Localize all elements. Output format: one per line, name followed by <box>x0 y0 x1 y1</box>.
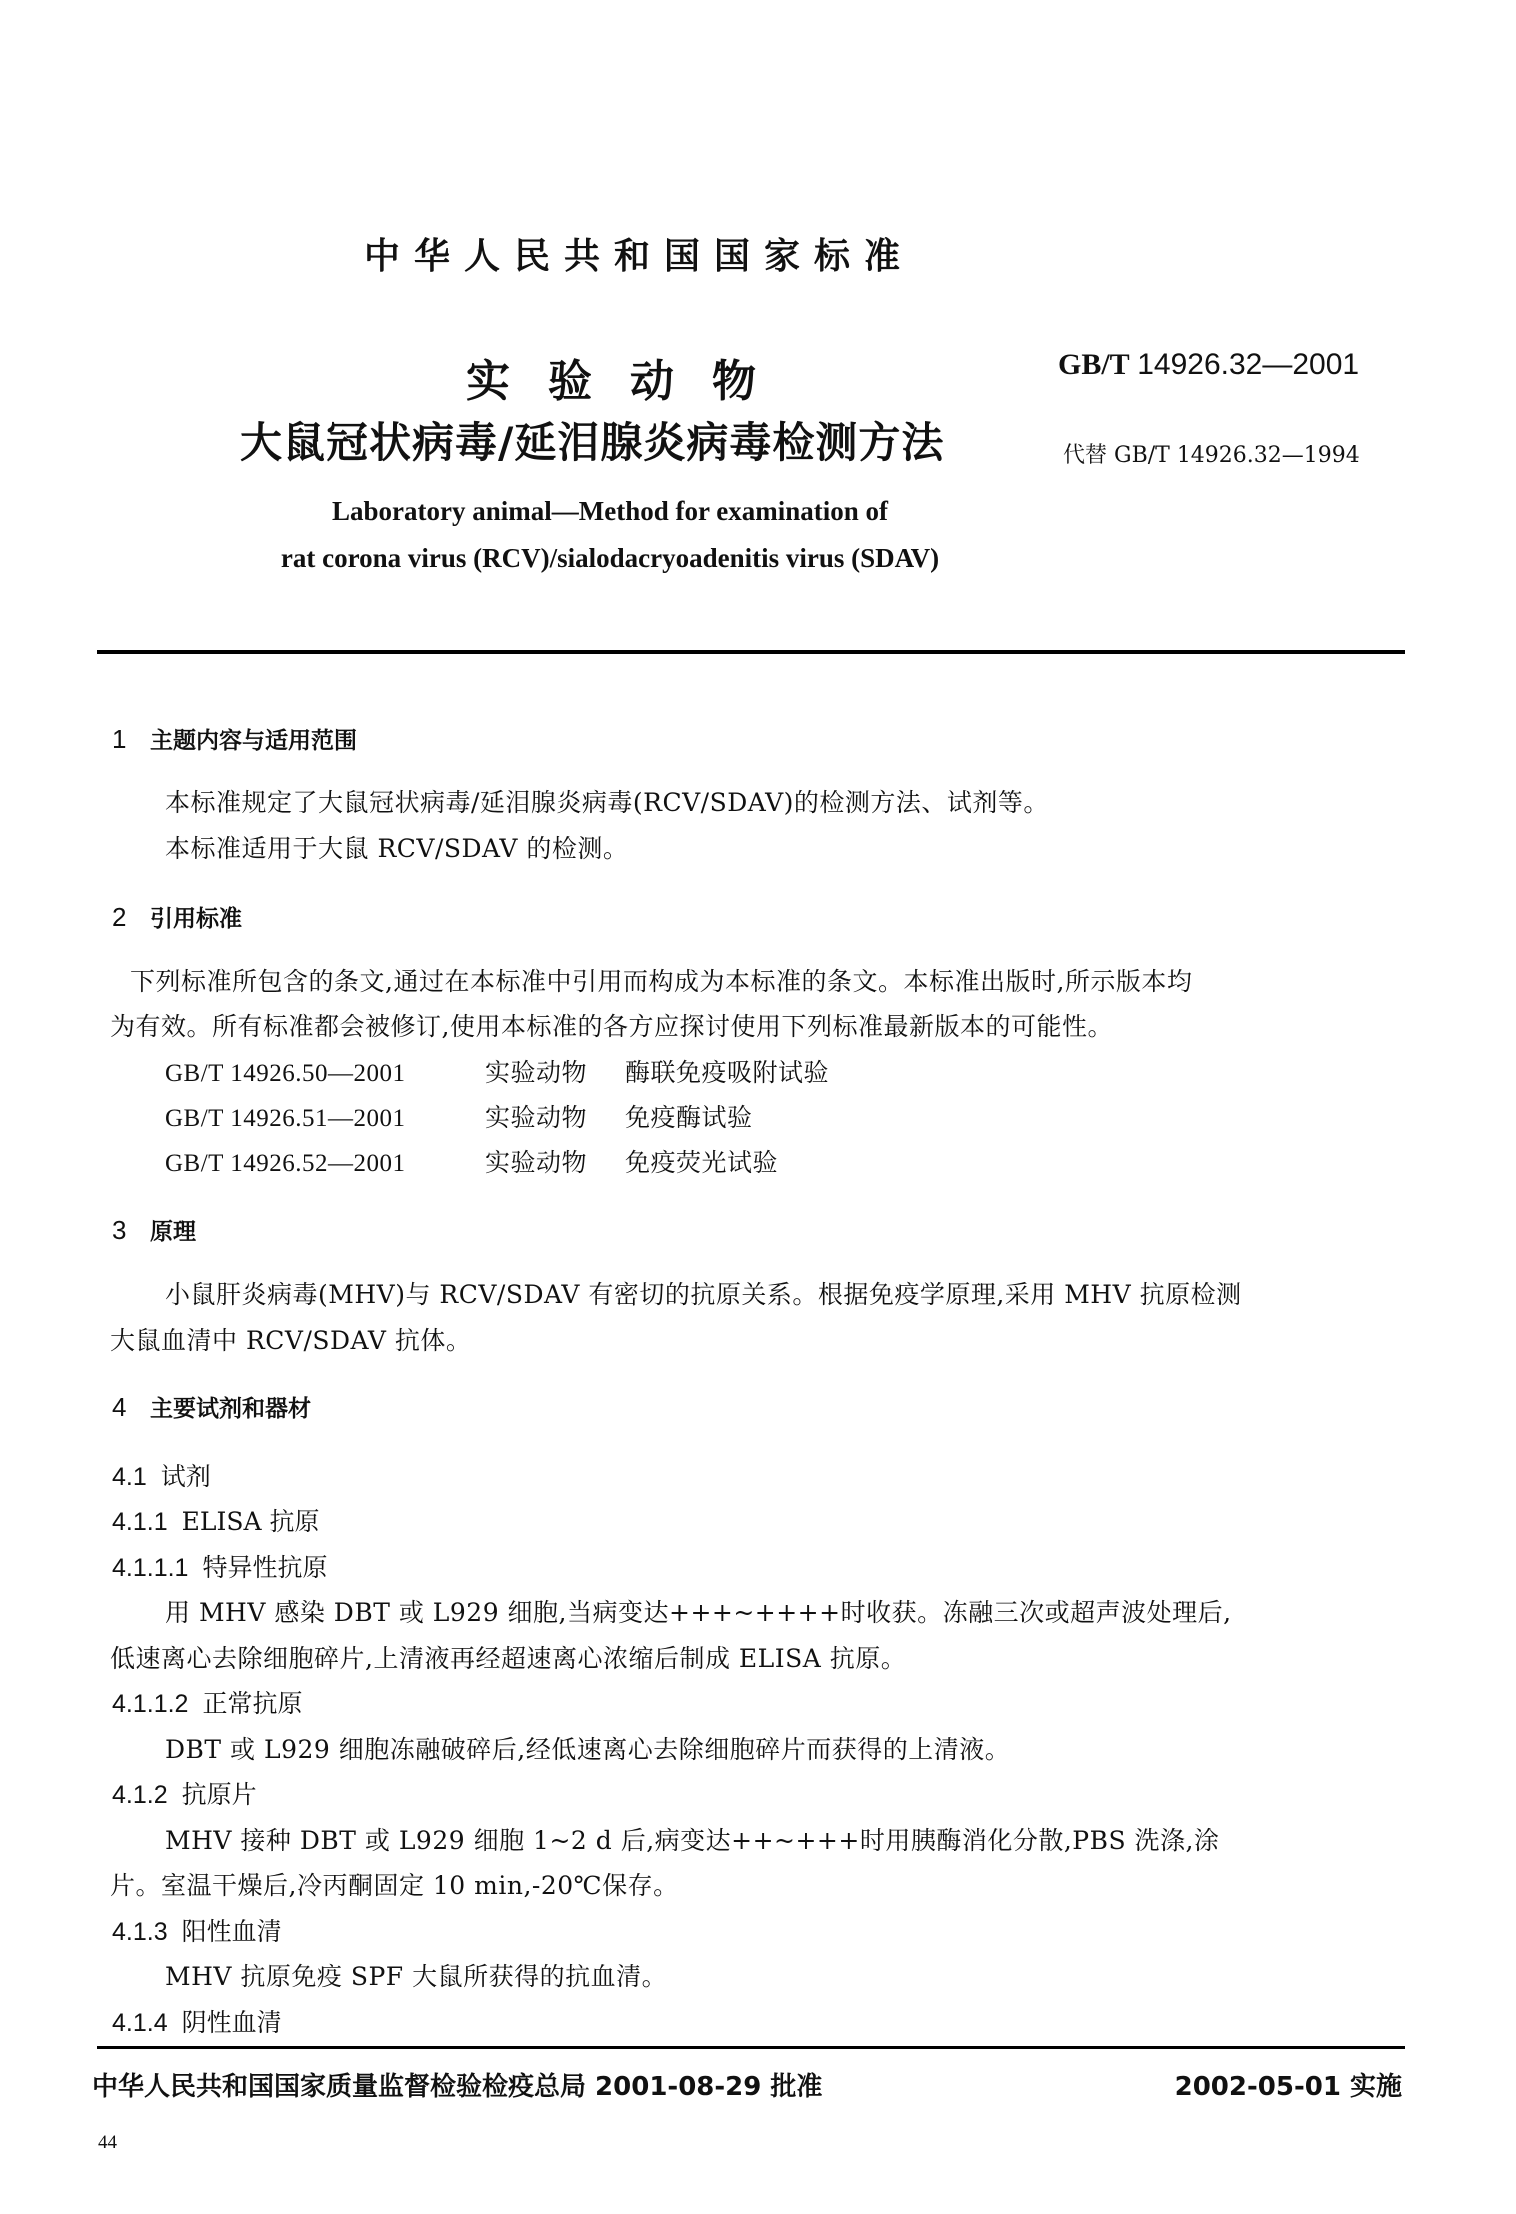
subsection-title: 阳性血清 <box>182 1917 282 1946</box>
standard-code-prefix: GB/T <box>1058 348 1130 381</box>
section-title: 引用标准 <box>150 906 242 932</box>
reference-code: GB/T 14926.50—2001 <box>165 1060 485 1088</box>
approval-statement: 中华人民共和国国家质量监督检验检疫总局 2001-08-29 批准 <box>92 2066 822 2103</box>
reference-code: GB/T 14926.52—2001 <box>165 1150 485 1178</box>
section-2-paragraph-line2: 为有效。所有标准都会被修订,使用本标准的各方应探讨使用下列标准最新版本的可能性。 <box>110 1007 1113 1043</box>
subsection-title: 正常抗原 <box>202 1689 302 1718</box>
section-3-paragraph-line1: 小鼠肝炎病毒(MHV)与 RCV/SDAV 有密切的抗原关系。根据免疫学原理,采… <box>165 1275 1242 1311</box>
section-title: 主要试剂和器材 <box>150 1396 311 1422</box>
subsection-4-1-1-heading: 4.1.1ELISA 抗原 <box>112 1502 319 1538</box>
subsection-title: 特异性抗原 <box>202 1553 327 1582</box>
section-3-heading: 3原理 <box>112 1213 196 1246</box>
subsection-title: 阴性血清 <box>182 2008 282 2037</box>
section-2-heading: 2引用标准 <box>112 900 242 933</box>
subsection-4-1-1-1-heading: 4.1.1.1特异性抗原 <box>112 1548 327 1584</box>
reference-item: GB/T 14926.52—2001实验动物免疫荧光试验 <box>165 1143 778 1179</box>
subsection-4-1-1-2-heading: 4.1.1.2正常抗原 <box>112 1684 302 1720</box>
english-title-line1: Laboratory animal—Method for examination… <box>80 496 1140 527</box>
subsection-title: ELISA 抗原 <box>182 1507 320 1536</box>
reference-category: 实验动物 <box>485 1143 625 1179</box>
reference-name: 酶联免疫吸附试验 <box>625 1058 829 1087</box>
header-divider <box>97 650 1405 654</box>
subsection-number: 4.1.4 <box>112 2009 168 2038</box>
subsection-number: 4.1 <box>112 1463 147 1492</box>
standard-code: GB/T 14926.32—2001 <box>1058 348 1359 382</box>
subsection-title: 试剂 <box>161 1462 211 1491</box>
section-2-paragraph-line1: 下列标准所包含的条文,通过在本标准中引用而构成为本标准的条文。本标准出版时,所示… <box>130 962 1192 998</box>
subsection-4-1-3-heading: 4.1.3阳性血清 <box>112 1912 282 1948</box>
section-3-paragraph-line2: 大鼠血清中 RCV/SDAV 抗体。 <box>110 1321 471 1357</box>
reference-item: GB/T 14926.50—2001实验动物酶联免疫吸附试验 <box>165 1053 829 1089</box>
reference-name: 免疫荧光试验 <box>625 1148 778 1177</box>
section-title: 原理 <box>150 1219 196 1245</box>
subsection-title: 抗原片 <box>182 1780 257 1809</box>
english-title-line2: rat corona virus (RCV)/sialodacryoadenit… <box>80 543 1140 574</box>
section-number: 2 <box>112 902 150 933</box>
subsection-number: 4.1.2 <box>112 1781 168 1810</box>
subsection-4-1-4-heading: 4.1.4阴性血清 <box>112 2003 282 2039</box>
subsection-4-1-2-line2: 片。室温干燥后,冷丙酮固定 10 min,-20℃保存。 <box>110 1866 679 1902</box>
document-page: 中华人民共和国国家标准 实验动物 大鼠冠状病毒/延泪腺炎病毒检测方法 GB/T … <box>0 0 1516 2214</box>
replaces-standard: 代替 GB/T 14926.32—1994 <box>1063 438 1360 469</box>
subsection-4-1-1-2-line1: DBT 或 L929 细胞冻融破碎后,经低速离心去除细胞碎片而获得的上清液。 <box>165 1730 1010 1766</box>
page-number: 44 <box>98 2132 117 2154</box>
subsection-number: 4.1.3 <box>112 1918 168 1947</box>
section-title: 主题内容与适用范围 <box>150 728 357 754</box>
subsection-4-1-2-line1: MHV 接种 DBT 或 L929 细胞 1~2 d 后,病变达++~+++时用… <box>165 1821 1220 1857</box>
section-4-heading: 4主要试剂和器材 <box>112 1390 311 1423</box>
reference-category: 实验动物 <box>485 1053 625 1089</box>
subsection-4-1-2-heading: 4.1.2抗原片 <box>112 1775 257 1811</box>
section-1-heading: 1主题内容与适用范围 <box>112 722 357 755</box>
reference-code: GB/T 14926.51—2001 <box>165 1105 485 1133</box>
subsection-number: 4.1.1 <box>112 1508 168 1537</box>
reference-item: GB/T 14926.51—2001实验动物免疫酶试验 <box>165 1098 753 1134</box>
reference-category: 实验动物 <box>485 1098 625 1134</box>
reference-name: 免疫酶试验 <box>625 1103 753 1132</box>
section-number: 3 <box>112 1215 150 1246</box>
standard-type-heading: 中华人民共和国国家标准 <box>364 228 914 279</box>
document-title-sub: 大鼠冠状病毒/延泪腺炎病毒检测方法 <box>240 410 944 470</box>
subsection-4-1-heading: 4.1试剂 <box>112 1457 211 1493</box>
standard-code-number: 14926.32—2001 <box>1137 348 1359 381</box>
subsection-number: 4.1.1.2 <box>112 1690 188 1719</box>
subsection-4-1-1-1-line2: 低速离心去除细胞碎片,上清液再经超速离心浓缩后制成 ELISA 抗原。 <box>110 1639 906 1675</box>
section-1-paragraph-2: 本标准适用于大鼠 RCV/SDAV 的检测。 <box>165 829 628 865</box>
subsection-number: 4.1.1.1 <box>112 1554 188 1583</box>
section-number: 4 <box>112 1392 150 1423</box>
subsection-4-1-3-line1: MHV 抗原免疫 SPF 大鼠所获得的抗血清。 <box>165 1957 667 1993</box>
document-title-main: 实验动物 <box>466 345 794 409</box>
footer-divider <box>97 2046 1405 2049</box>
subsection-4-1-1-1-line1: 用 MHV 感染 DBT 或 L929 细胞,当病变达+++~++++时收获。冻… <box>165 1593 1232 1629</box>
implementation-date: 2002-05-01 实施 <box>1175 2066 1402 2103</box>
section-1-paragraph-1: 本标准规定了大鼠冠状病毒/延泪腺炎病毒(RCV/SDAV)的检测方法、试剂等。 <box>165 783 1049 819</box>
section-number: 1 <box>112 724 150 755</box>
